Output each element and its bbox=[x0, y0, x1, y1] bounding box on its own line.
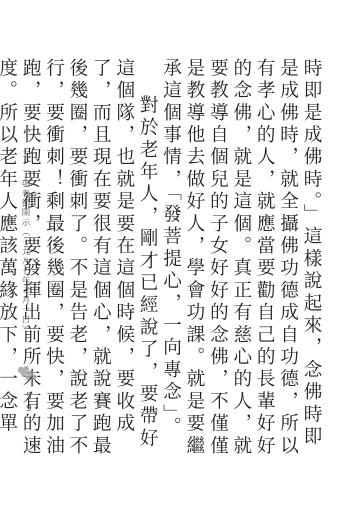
document-page: 時即是成佛時。」這樣說起來，念佛時即是成佛時，就全攝佛功德成自功德，所以有孝心的… bbox=[0, 0, 363, 510]
body-text: 時即是成佛時。」這樣說起來，念佛時即是成佛時，就全攝佛功德成自功德，所以有孝心的… bbox=[0, 58, 323, 458]
flower-ornament-icon bbox=[16, 365, 38, 381]
page-number: 59 bbox=[24, 392, 34, 416]
paragraph-1: 時即是成佛時。」這樣說起來，念佛時即是成佛時，就全攝佛功德成自功德，所以有孝心的… bbox=[159, 58, 323, 458]
running-head: 二、丁卯春節開示（一九八七年二月一日） bbox=[19, 150, 31, 334]
